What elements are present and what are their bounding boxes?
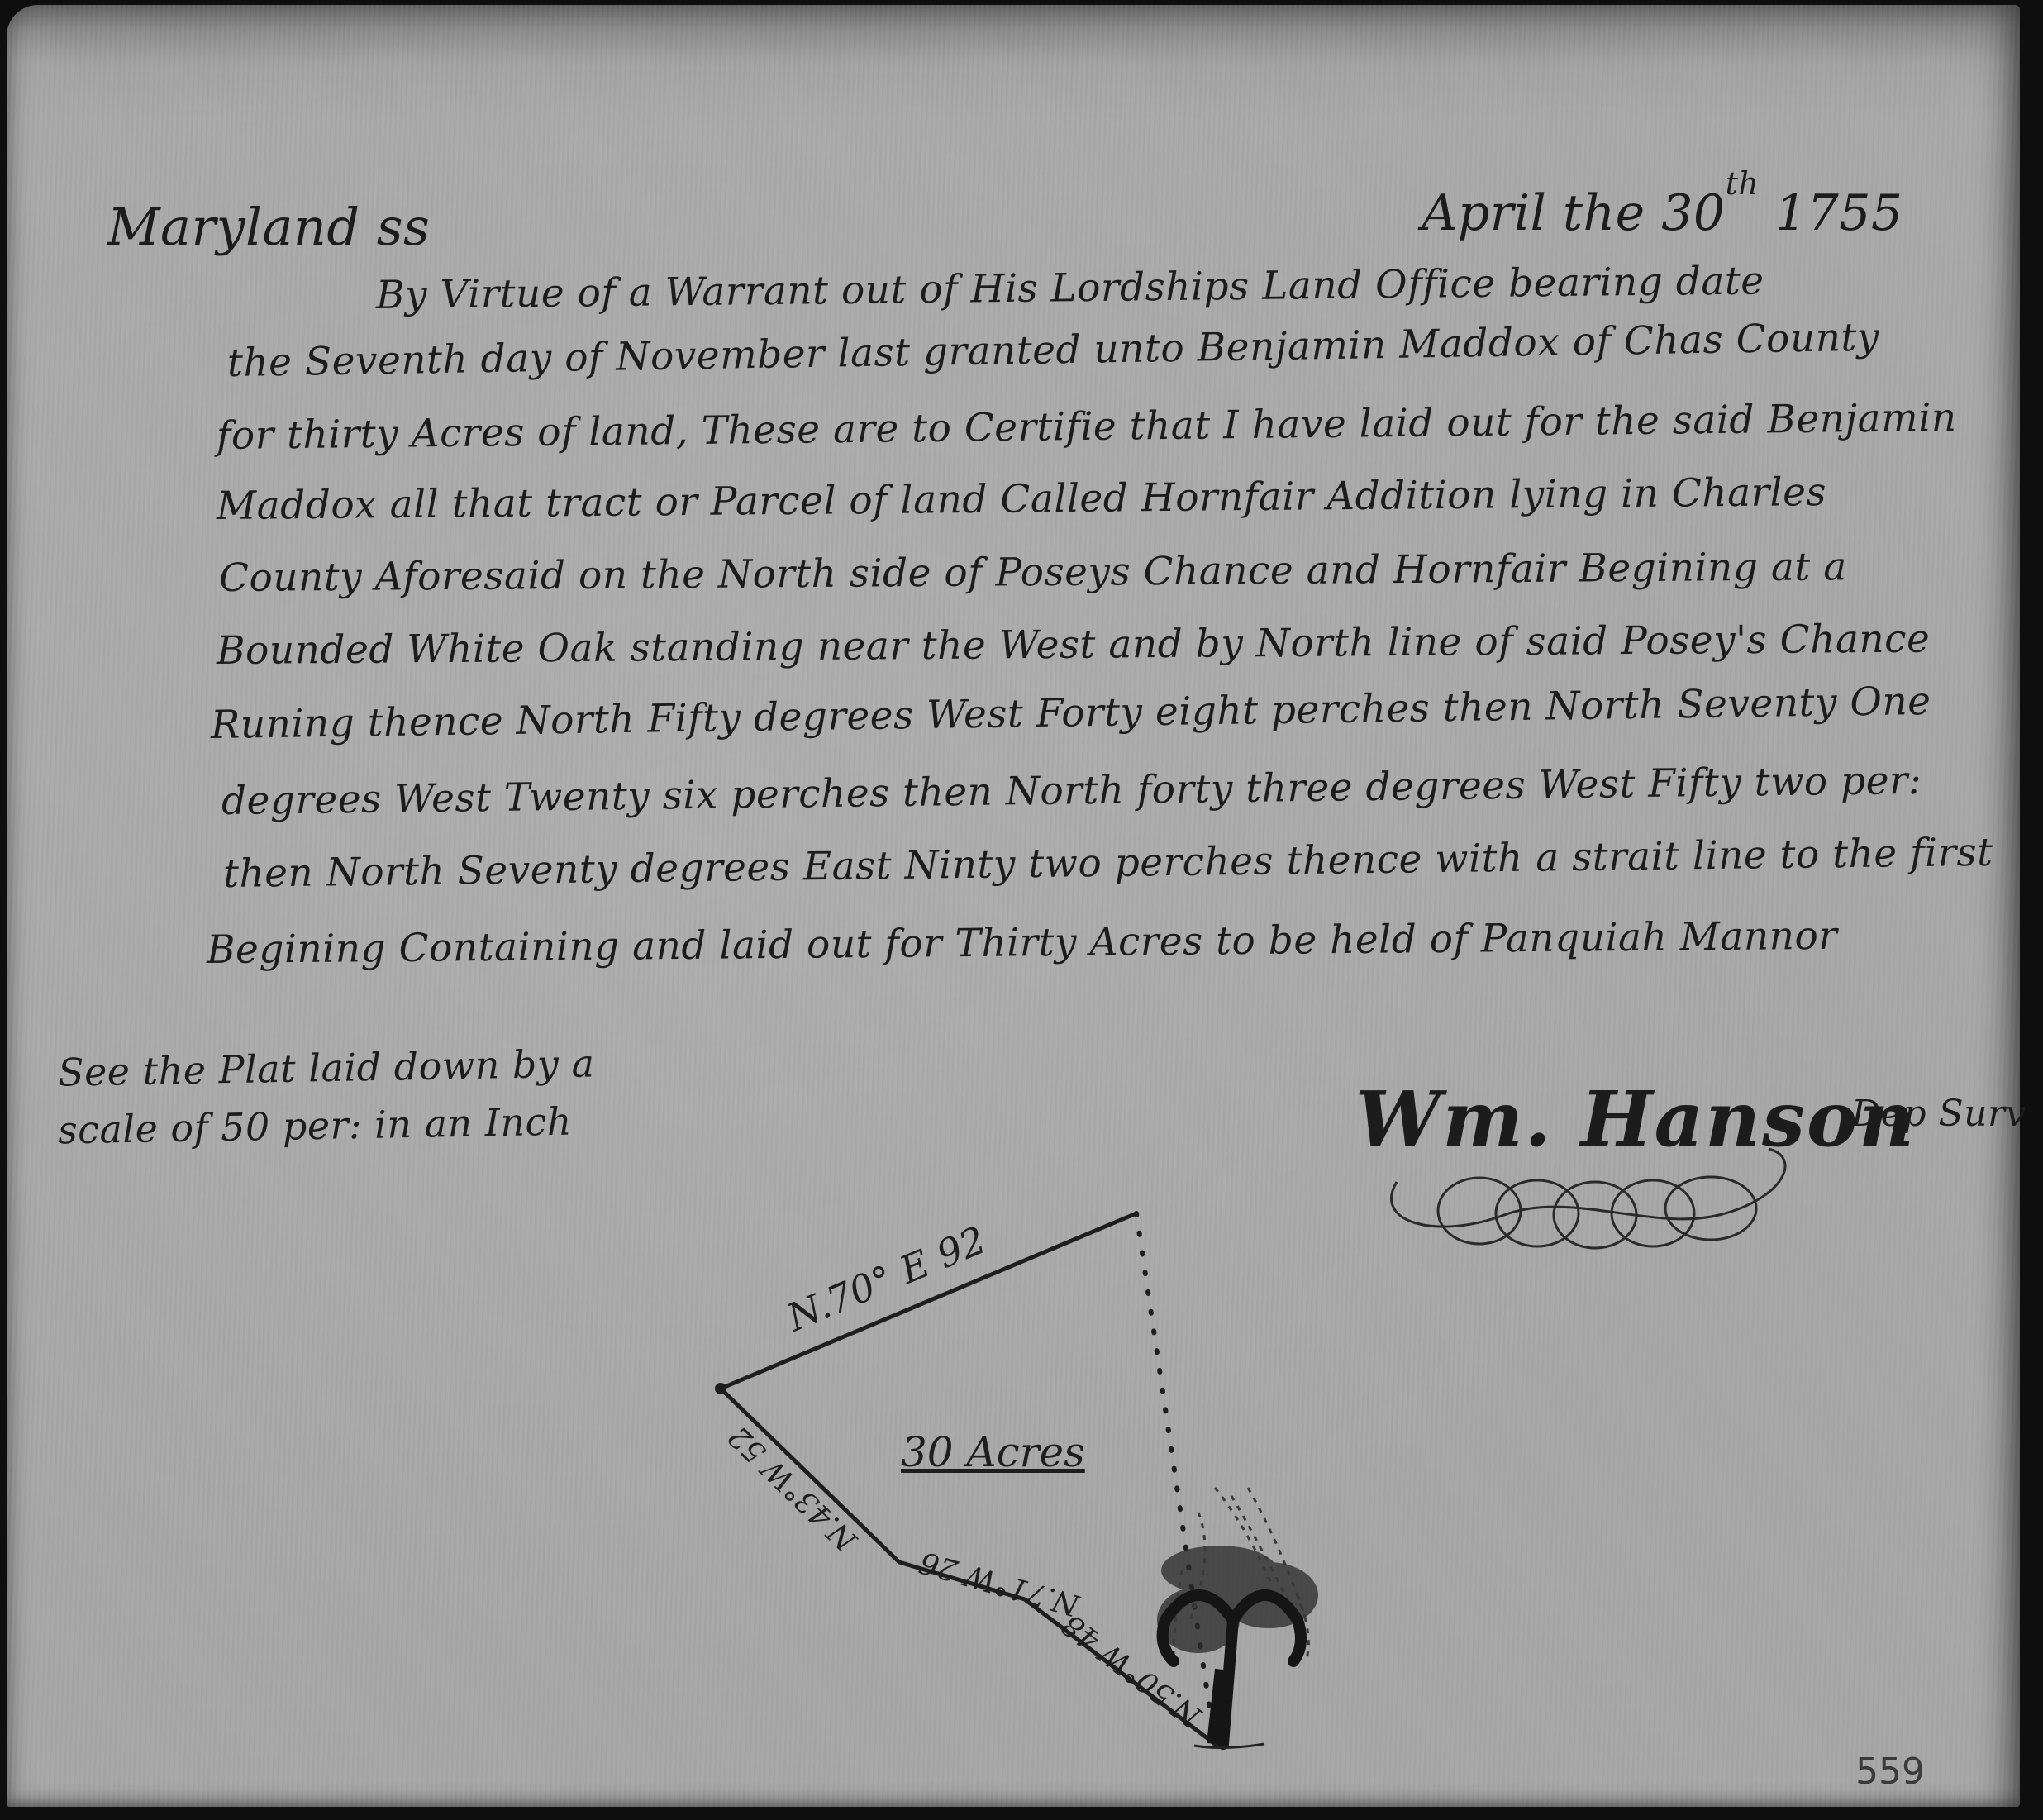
corner-point — [715, 1383, 726, 1394]
page-number: 559 — [1855, 1751, 1925, 1793]
plat-area-label: 30 Acres — [901, 1428, 1085, 1476]
plat-diagram — [0, 0, 2043, 1820]
